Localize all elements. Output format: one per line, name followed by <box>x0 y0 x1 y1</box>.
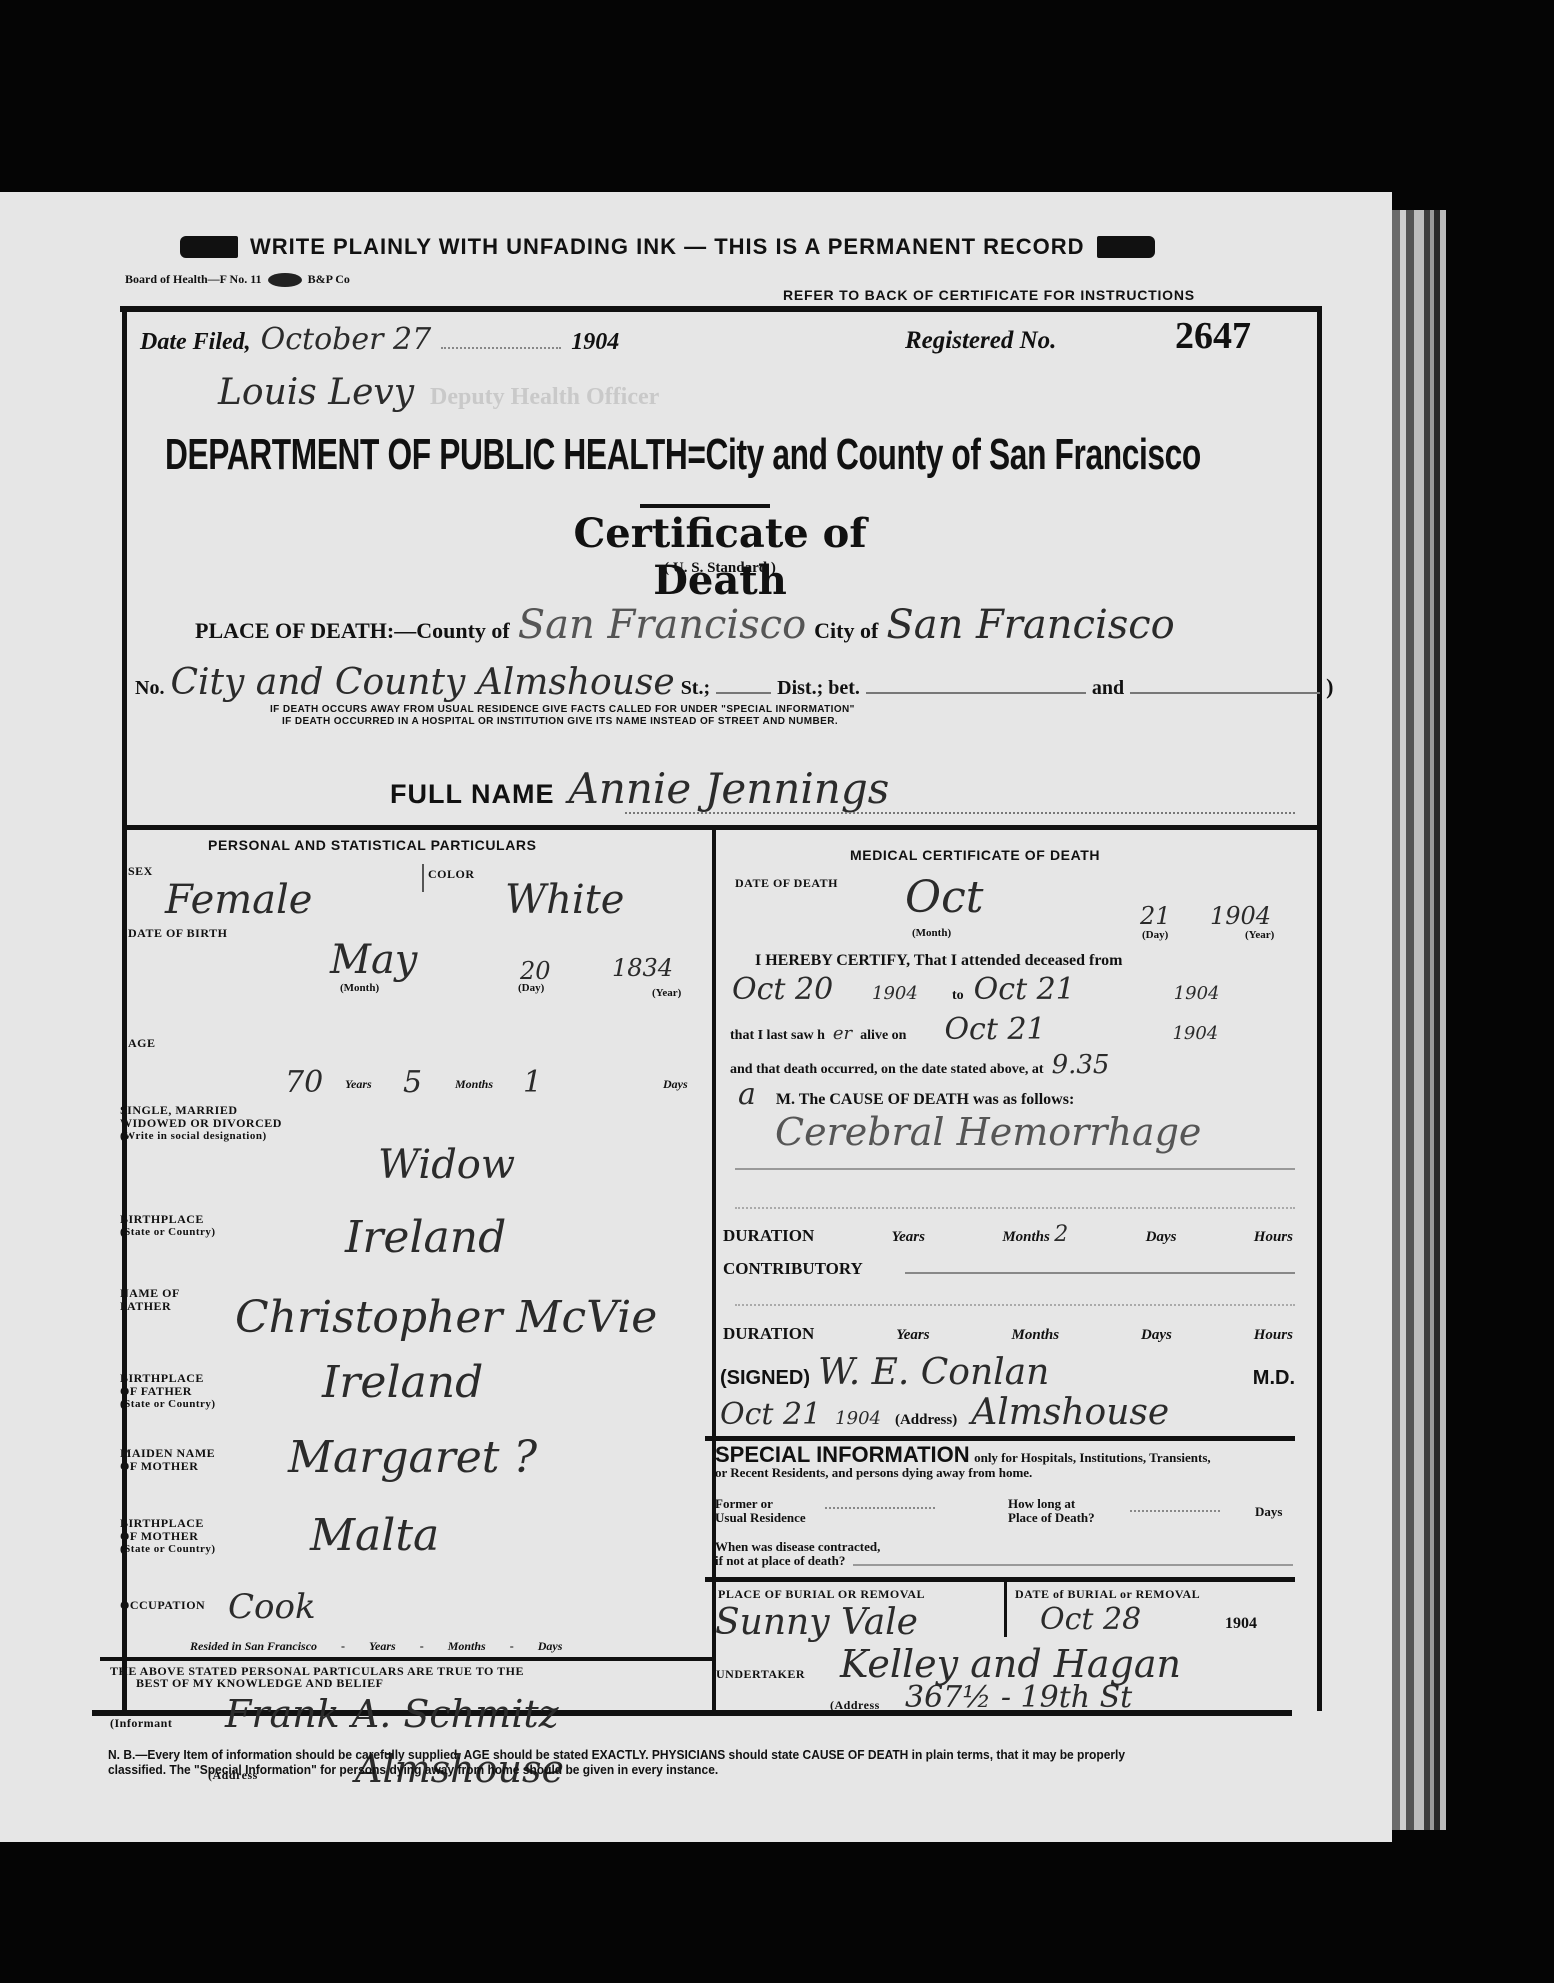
last-saw-year: 1904 <box>1172 1023 1218 1044</box>
street-label: St.; <box>681 677 710 700</box>
last-saw-text: that I last saw h <box>730 1028 825 1044</box>
date-filed-blank <box>441 347 561 349</box>
father-birthplace-value: Ireland <box>322 1357 483 1408</box>
place-of-death-row: PLACE OF DEATH:—County of San Francisco … <box>195 602 1175 648</box>
duration2-row: DURATION Years Months Days Hours <box>723 1324 1293 1344</box>
registrar-signature: Louis Levy <box>218 372 414 413</box>
medical-heading: MEDICAL CERTIFICATE OF DEATH <box>850 847 1100 863</box>
md-label: M.D. <box>1253 1367 1295 1390</box>
dod-month-sub: (Month) <box>912 927 951 939</box>
marital-label: SINGLE, MARRIED WIDOWED OR DIVORCED (Wri… <box>120 1104 282 1143</box>
pointing-hand-left-icon <box>1097 236 1155 258</box>
dod-year: 1904 <box>1210 902 1271 930</box>
duration2-days-label: Days <box>1141 1327 1172 1344</box>
certificate-title: Certificate of Death <box>520 510 920 604</box>
contributory-line <box>905 1272 1295 1274</box>
former-residence-field <box>825 1507 935 1509</box>
burial-date-year: 1904 <box>1225 1615 1257 1633</box>
father-value: Christopher McVie <box>235 1292 657 1343</box>
city-value: San Francisco <box>886 602 1174 648</box>
full-name-label: FULL NAME <box>390 779 555 810</box>
resided-months-label: Months <box>448 1639 486 1654</box>
dob-year-sub: (Year) <box>652 987 681 999</box>
and-label: and <box>1092 677 1124 700</box>
certify-text: I HEREBY CERTIFY, That I attended deceas… <box>755 952 1122 970</box>
last-saw-pronoun: er <box>833 1023 852 1044</box>
age-years: 70 <box>285 1065 323 1100</box>
resided-months: - <box>420 1639 424 1654</box>
birthplace-label-2: (State or Country) <box>120 1226 216 1239</box>
informant-value: Frank A. Schmitz <box>225 1692 559 1736</box>
birthplace-label-wrap: BIRTHPLACE (State or Country) <box>120 1213 216 1239</box>
burial-date-value: Oct 28 <box>1040 1602 1141 1637</box>
date-filed-value: October 27 <box>261 322 432 357</box>
registered-number: 2647 <box>1175 314 1251 358</box>
department-title: DEPARTMENT OF PUBLIC HEALTH=City and Cou… <box>165 430 1201 480</box>
cause-value: Cerebral Hemorrhage <box>775 1110 1201 1154</box>
contributory-label: CONTRIBUTORY <box>723 1259 863 1279</box>
dod-day: 21 <box>1140 902 1171 930</box>
contributory-line-2 <box>735 1304 1295 1306</box>
how-long-label-1: How long at <box>1008 1497 1095 1511</box>
mother-label: MAIDEN NAME OF MOTHER <box>120 1447 215 1473</box>
cause-line-1 <box>735 1168 1295 1170</box>
instructions-note: REFER TO BACK OF CERTIFICATE FOR INSTRUC… <box>783 287 1195 303</box>
informant-attest-2: BEST OF MY KNOWLEDGE AND BELIEF <box>110 1677 524 1689</box>
signed-year: 1904 <box>835 1408 881 1429</box>
street-blank <box>716 692 771 694</box>
duration-days: 2 <box>1054 1222 1068 1247</box>
marital-label-2: WIDOWED OR DIVORCED <box>120 1117 282 1130</box>
form-left-border <box>122 306 127 1711</box>
father-birthplace-label: BIRTHPLACE OF FATHER (State or Country) <box>120 1372 216 1411</box>
signed-value: W. E. Conlan <box>818 1352 1245 1393</box>
full-name-line <box>625 812 1295 814</box>
age-months: 5 <box>403 1065 422 1100</box>
attended-to-year: 1904 <box>1174 983 1220 1004</box>
duration2-hours-label: Hours <box>1254 1327 1293 1344</box>
age-days: 1 <box>523 1065 542 1100</box>
sex-label: SEX <box>128 865 153 878</box>
full-name-value: Annie Jennings <box>569 764 890 813</box>
duration-hours-label: Hours <box>1254 1229 1293 1246</box>
how-long-field <box>1130 1510 1220 1512</box>
undertaker-label: UNDERTAKER <box>716 1668 805 1681</box>
duration2-months-label: Months <box>1012 1327 1060 1344</box>
dob-year: 1834 <box>612 954 673 982</box>
burial-place-value: Sunny Vale <box>715 1602 918 1643</box>
title-rule <box>640 504 770 508</box>
printer-text: B&P Co <box>308 272 350 287</box>
mother-birthplace-label: BIRTHPLACE OF MOTHER (State or Country) <box>120 1517 216 1556</box>
burial-place-label: PLACE OF BURIAL OR REMOVAL <box>718 1588 925 1601</box>
contracted-label-1: When was disease contracted, <box>715 1540 880 1554</box>
full-name-row: FULL NAME Annie Jennings <box>390 764 889 813</box>
duration-days-label: Days <box>1146 1229 1177 1246</box>
informant-divider <box>100 1657 712 1661</box>
attended-from-year: 1904 <box>872 983 942 1004</box>
address-row: No. City and County Almshouse St.; Dist.… <box>135 662 1333 703</box>
father-label: NAME OF FATHER <box>120 1287 180 1313</box>
date-filed-year: 1904 <box>571 329 619 356</box>
form-top-border <box>120 306 1320 312</box>
date-filed-label: Date Filed, <box>140 329 251 356</box>
birthplace-value: Ireland <box>345 1212 506 1263</box>
special-heading-wrap: SPECIAL INFORMATION only for Hospitals, … <box>715 1442 1295 1481</box>
mother-value: Margaret ? <box>288 1432 537 1483</box>
dist-label: Dist.; bet. <box>777 677 860 700</box>
mother-bp-label-2: OF MOTHER <box>120 1530 216 1543</box>
date-filed-row: Date Filed, October 27 1904 <box>140 322 619 357</box>
registrar-stamp-faded: Deputy Health Officer <box>430 384 659 411</box>
duration2-years-label: Years <box>896 1327 929 1344</box>
us-standard: ( U. S. Standard ) <box>620 560 820 577</box>
alive-on-label: alive on <box>860 1028 906 1044</box>
signed-date-row: Oct 21 1904 (Address) Almshouse <box>720 1392 1169 1433</box>
undertaker-address-label: (Address <box>830 1699 880 1712</box>
mother-label-2: OF MOTHER <box>120 1460 215 1473</box>
burial-divider <box>705 1577 1295 1582</box>
form-code-text: Board of Health—F No. 11 <box>125 272 262 287</box>
dob-day: 20 <box>520 957 551 985</box>
former-label-1: Former or <box>715 1497 806 1511</box>
county-value: San Francisco <box>518 602 806 648</box>
section-divider <box>122 825 1317 830</box>
no-label: No. <box>135 677 164 700</box>
dod-label: DATE OF DEATH <box>735 877 838 890</box>
duration-label: DURATION <box>723 1226 814 1246</box>
death-time: 9.35 <box>1052 1050 1110 1080</box>
signed-date: Oct 21 <box>720 1397 821 1432</box>
registered-label: Registered No. <box>905 327 1056 354</box>
father-label-2: FATHER <box>120 1300 180 1313</box>
attended-row: Oct 20 1904 to Oct 21 1904 <box>732 972 1292 1007</box>
dod-month: Oct <box>905 872 983 923</box>
duration-months-label: Months <box>1002 1229 1050 1245</box>
form-code: Board of Health—F No. 11 B&P Co <box>125 272 350 287</box>
am-pm: a <box>738 1077 756 1112</box>
medical-address-value: Almshouse <box>971 1392 1169 1433</box>
attended-from: Oct 20 <box>732 972 862 1007</box>
special-heading-sub2: or Recent Residents, and persons dying a… <box>715 1465 1295 1481</box>
duration-years-label: Years <box>892 1229 925 1246</box>
dod-day-sub: (Day) <box>1142 929 1168 941</box>
father-bp-label-3: (State or Country) <box>120 1398 216 1411</box>
occupation-value: Cook <box>228 1587 316 1627</box>
dist-blank <box>866 692 1086 694</box>
place-note-line2: IF DEATH OCCURRED IN A HOSPITAL OR INSTI… <box>270 716 855 728</box>
stacked-page-edges <box>1392 210 1462 1830</box>
undertaker-address-value: 367½ - 19th St <box>905 1680 1132 1715</box>
place-note: IF DEATH OCCURS AWAY FROM USUAL RESIDENC… <box>270 704 855 728</box>
birthplace-label-1: BIRTHPLACE <box>120 1213 216 1226</box>
pointing-hand-right-icon <box>180 236 238 258</box>
burial-vertical-divider <box>1004 1582 1007 1637</box>
union-label-seal-icon <box>268 273 302 287</box>
institution-value: City and County Almshouse <box>170 662 674 703</box>
special-heading: SPECIAL INFORMATION <box>715 1442 970 1467</box>
color-value: White <box>505 877 624 923</box>
signed-row: (SIGNED) W. E. Conlan M.D. <box>720 1352 1295 1393</box>
resided-label: Resided in San Francisco <box>190 1639 317 1654</box>
form-right-border <box>1317 306 1322 1711</box>
place-of-death-label: PLACE OF DEATH:—County of <box>195 618 510 644</box>
marital-value: Widow <box>378 1142 515 1188</box>
attended-to-label: to <box>952 988 964 1004</box>
medical-address-label: (Address) <box>895 1412 957 1429</box>
how-long-label: How long at Place of Death? <box>1008 1497 1095 1525</box>
marital-label-3: (Write in social designation) <box>120 1130 282 1143</box>
informant-label: (Informant <box>110 1717 172 1730</box>
resided-years: - <box>341 1639 345 1654</box>
city-label: City of <box>814 618 878 644</box>
banner-text: WRITE PLAINLY WITH UNFADING INK — THIS I… <box>250 234 1085 260</box>
father-bp-label-2: OF FATHER <box>120 1385 216 1398</box>
banner: WRITE PLAINLY WITH UNFADING INK — THIS I… <box>180 232 1280 262</box>
signed-label: (SIGNED) <box>720 1367 810 1390</box>
and-blank <box>1130 692 1320 694</box>
contributory-row: CONTRIBUTORY <box>723 1259 873 1279</box>
mother-birthplace-value: Malta <box>310 1510 439 1561</box>
mother-bp-label-3: (State or Country) <box>120 1543 216 1556</box>
resided-days: - <box>510 1639 514 1654</box>
cause-row: a M. The CAUSE OF DEATH was as follows: <box>738 1077 1074 1112</box>
place-note-line1: IF DEATH OCCURS AWAY FROM USUAL RESIDENC… <box>270 704 855 716</box>
dob-day-sub: (Day) <box>518 982 544 994</box>
footer-note: N. B.—Every Item of information should b… <box>108 1748 1154 1778</box>
dob-month: May <box>330 937 417 983</box>
age-months-label: Months <box>455 1077 493 1092</box>
occupation-label: OCCUPATION <box>120 1599 205 1612</box>
dob-month-sub: (Month) <box>340 982 379 994</box>
personal-heading: PERSONAL AND STATISTICAL PARTICULARS <box>208 837 537 853</box>
dod-year-sub: (Year) <box>1245 929 1274 941</box>
registered-label-wrap: Registered No. <box>905 327 1056 355</box>
former-label-2: Usual Residence <box>715 1511 806 1525</box>
age-days-label: Days <box>663 1077 688 1092</box>
how-long-label-2: Place of Death? <box>1008 1511 1095 1525</box>
death-time-text: and that death occurred, on the date sta… <box>730 1062 1044 1078</box>
special-heading-sub: only for Hospitals, Institutions, Transi… <box>974 1450 1211 1465</box>
how-long-days-label: Days <box>1255 1504 1282 1520</box>
burial-date-label: DATE of BURIAL or REMOVAL <box>1015 1588 1200 1601</box>
cause-text: M. The CAUSE OF DEATH was as follows: <box>776 1091 1074 1109</box>
contracted-field <box>853 1564 1293 1566</box>
cause-line-2 <box>735 1207 1295 1209</box>
sex-value: Female <box>165 877 312 923</box>
age-years-label: Years <box>345 1077 372 1092</box>
last-saw-row: that I last saw h er alive on Oct 21 190… <box>730 1012 1290 1047</box>
last-saw-date: Oct 21 <box>944 1012 1164 1047</box>
resided-days-label: Days <box>538 1639 563 1654</box>
informant-attest: THE ABOVE STATED PERSONAL PARTICULARS AR… <box>110 1665 524 1689</box>
duration-row: DURATION Years Months 2 Days Hours <box>723 1222 1293 1247</box>
duration2-label: DURATION <box>723 1324 814 1344</box>
attended-to: Oct 21 <box>974 972 1164 1007</box>
resided-row: Resided in San Francisco - Years - Month… <box>190 1639 562 1654</box>
special-divider <box>705 1436 1295 1441</box>
resided-years-label: Years <box>369 1639 396 1654</box>
certificate-page: WRITE PLAINLY WITH UNFADING INK — THIS I… <box>0 192 1392 1842</box>
death-time-row: and that death occurred, on the date sta… <box>730 1050 1109 1080</box>
color-label: COLOR <box>428 868 475 881</box>
sex-color-divider <box>422 864 424 892</box>
former-residence-label: Former or Usual Residence <box>715 1497 806 1525</box>
dob-label: DATE OF BIRTH <box>128 927 227 940</box>
age-label: AGE <box>128 1037 156 1050</box>
